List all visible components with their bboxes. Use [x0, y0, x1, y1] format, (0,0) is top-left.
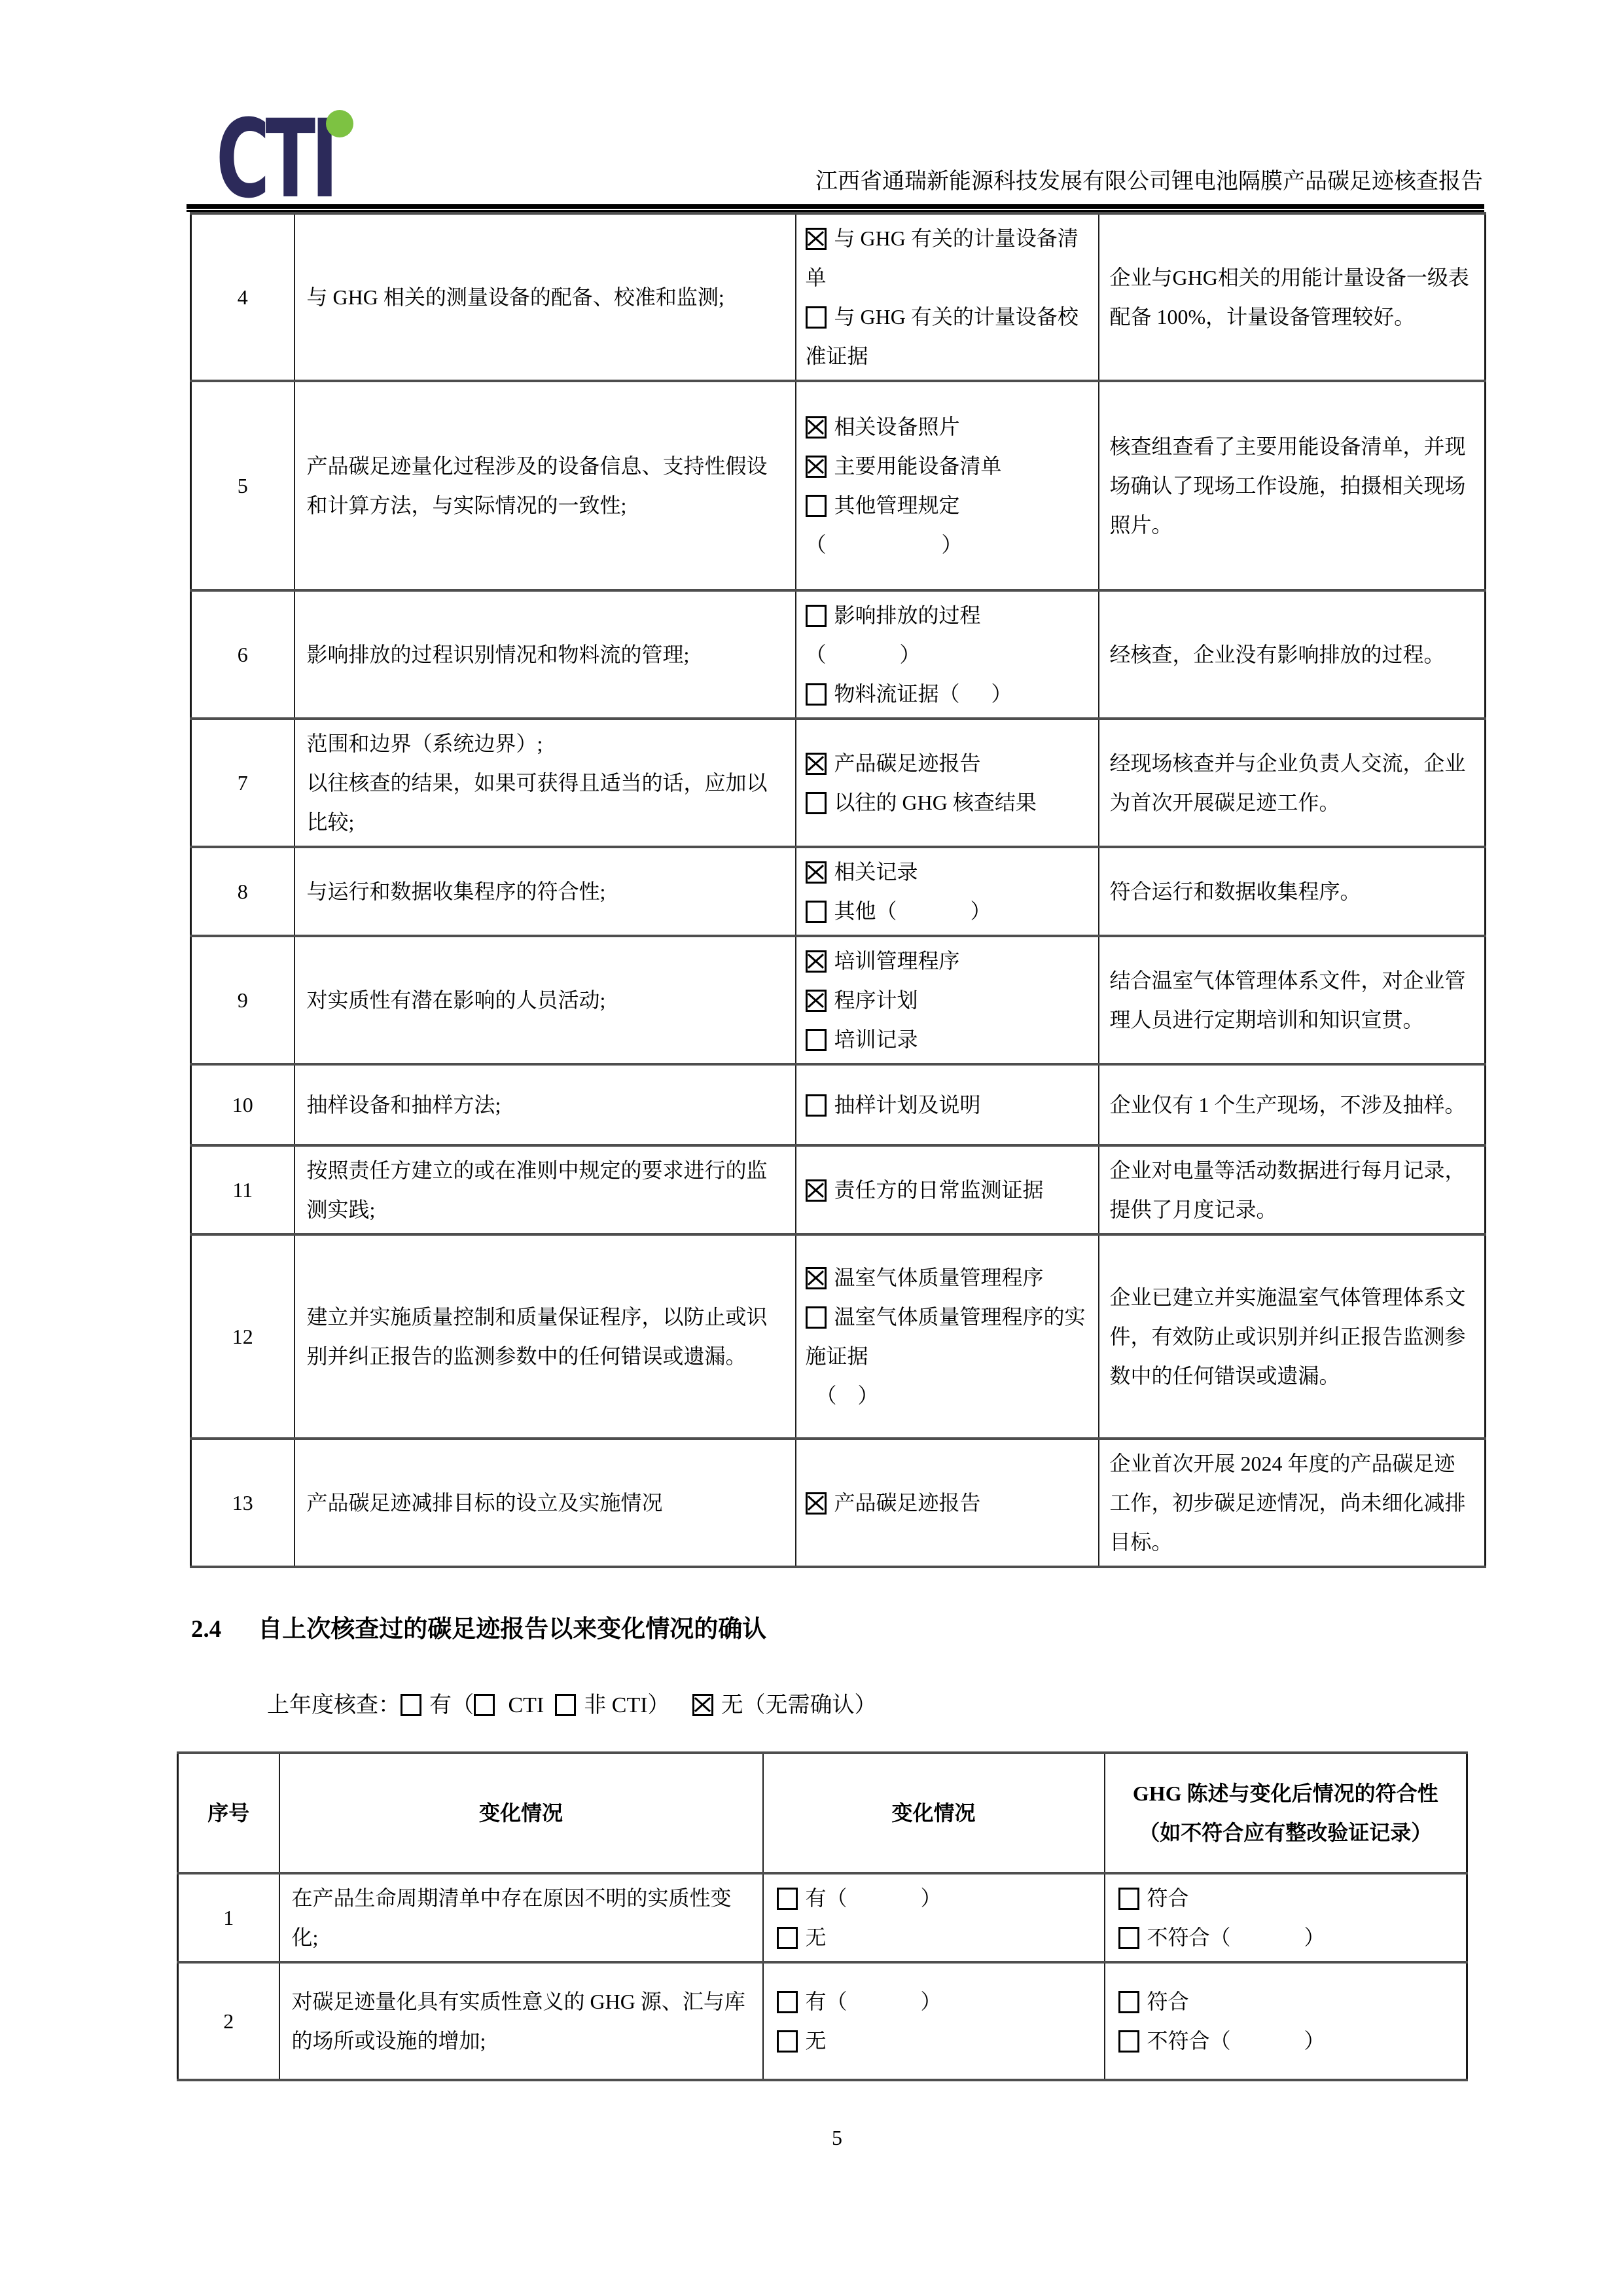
- evidence-item: 程序计划: [806, 980, 1092, 1020]
- evidence-item: 温室气体质量管理程序的实施证据 （ ）: [806, 1297, 1092, 1415]
- evidence-cell: 相关设备照片主要用能设备清单其他管理规定 （ ）: [796, 381, 1099, 590]
- check-item-text: 与 GHG 相关的测量设备的配备、校准和监测;: [294, 213, 796, 381]
- evidence-label: 温室气体质量管理程序的实施证据 （ ）: [806, 1305, 1086, 1407]
- changes-row: 2对碳足迹量化具有实质性意义的 GHG 源、汇与库的场所或设施的增加;有（ ）无…: [178, 1962, 1467, 2080]
- finding-text: 企业已建立并实施温室气体管理体系文件，有效防止或识别并纠正报告监测参数中的任何错…: [1099, 1234, 1486, 1439]
- section-heading: 2.4自上次核查过的碳足迹报告以来变化情况的确认: [191, 1609, 766, 1644]
- checkbox-unchecked-icon: [806, 1029, 827, 1051]
- evidence-item: 培训管理程序: [806, 941, 1092, 980]
- status-cell: 有（ ）无: [763, 1873, 1105, 1962]
- finding-text: 经现场核查并与企业负责人交流，企业为首次开展碳足迹工作。: [1099, 719, 1486, 847]
- evidence-item: 影响排放的过程 （ ）: [806, 596, 1092, 674]
- evidence-item: 相关设备照片: [806, 407, 1092, 446]
- checkbox-unchecked-icon: [806, 605, 827, 627]
- evidence-item: 有（ ）: [777, 1878, 1097, 1918]
- evidence-label: 不符合（ ）: [1147, 1926, 1325, 1949]
- evidence-item: 不符合（ ）: [1118, 1918, 1460, 1957]
- row-number: 9: [191, 936, 294, 1064]
- row-number: 10: [191, 1064, 294, 1145]
- prior-review-line: 上年度核查：有（ CTI 非 CTI） 无（无需确认）: [267, 1686, 877, 1725]
- changes-table: 序号变化情况变化情况GHG 陈述与变化后情况的符合性（如不符合应有整改验证记录）…: [177, 1751, 1468, 2081]
- row-number: 7: [191, 719, 294, 847]
- finding-text: 经核查，企业没有影响排放的过程。: [1099, 590, 1486, 719]
- evidence-label: 产品碳足迹报告: [834, 751, 981, 775]
- checkbox-unchecked-icon: [555, 1694, 576, 1716]
- prior-review-text: CTI: [503, 1693, 555, 1717]
- evidence-item: 其他（ ）: [806, 891, 1092, 931]
- evidence-label: 无: [806, 1926, 827, 1949]
- check-item-text: 影响排放的过程识别情况和物料流的管理;: [294, 590, 796, 719]
- check-item-text: 产品碳足迹减排目标的设立及实施情况: [294, 1439, 796, 1567]
- cti-logo: CTI: [216, 110, 366, 208]
- check-item-text: 与运行和数据收集程序的符合性;: [294, 847, 796, 936]
- evidence-label: 温室气体质量管理程序: [834, 1266, 1044, 1289]
- checkbox-checked-icon: [692, 1694, 713, 1716]
- evidence-label: 抽样计划及说明: [834, 1093, 981, 1117]
- evidence-label: 不符合（ ）: [1147, 2029, 1325, 2053]
- checkbox-unchecked-icon: [806, 683, 827, 706]
- evidence-cell: 抽样计划及说明: [796, 1064, 1099, 1145]
- checkbox-unchecked-icon: [777, 1991, 798, 2013]
- evidence-cell: 影响排放的过程 （ ）物料流证据（ ）: [796, 590, 1099, 719]
- evidence-cell: 相关记录其他（ ）: [796, 847, 1099, 936]
- checkbox-checked-icon: [806, 753, 827, 775]
- checklist-row: 6影响排放的过程识别情况和物料流的管理;影响排放的过程 （ ）物料流证据（ ）经…: [191, 590, 1486, 719]
- evidence-label: 以往的 GHG 核查结果: [834, 791, 1037, 814]
- checkbox-unchecked-icon: [1118, 1888, 1139, 1910]
- evidence-cell: 产品碳足迹报告以往的 GHG 核查结果: [796, 719, 1099, 847]
- evidence-label: 有（ ）: [806, 1886, 942, 1910]
- checkbox-unchecked-icon: [1118, 1991, 1139, 2013]
- checkbox-unchecked-icon: [806, 495, 827, 517]
- evidence-item: 无: [777, 1918, 1097, 1957]
- checklist-row: 9对实质性有潜在影响的人员活动;培训管理程序程序计划培训记录结合温室气体管理体系…: [191, 936, 1486, 1064]
- checklist-row: 7范围和边界（系统边界）; 以往核查的结果，如果可获得且适当的话，应加以比较;产…: [191, 719, 1486, 847]
- evidence-label: 物料流证据（ ）: [834, 682, 1012, 706]
- prior-review-text: 非 CTI）: [584, 1693, 692, 1717]
- evidence-label: 与 GHG 有关的计量设备校准证据: [806, 305, 1079, 368]
- finding-text: 核查组查看了主要用能设备清单，并现场确认了现场工作设施，拍摄相关现场照片。: [1099, 381, 1486, 590]
- checkbox-unchecked-icon: [777, 1927, 798, 1949]
- evidence-label: 责任方的日常监测证据: [834, 1178, 1044, 1202]
- evidence-label: 相关记录: [834, 860, 918, 884]
- evidence-item: 符合: [1118, 1982, 1460, 2021]
- evidence-label: 程序计划: [834, 988, 918, 1012]
- checkbox-unchecked-icon: [401, 1694, 421, 1716]
- finding-text: 结合温室气体管理体系文件，对企业管理人员进行定期培训和知识宣贯。: [1099, 936, 1486, 1064]
- finding-text: 企业对电量等活动数据进行每月记录，提供了月度记录。: [1099, 1145, 1486, 1234]
- check-item-text: 建立并实施质量控制和质量保证程序，以防止或识别并纠正报告的监测参数中的任何错误或…: [294, 1234, 796, 1439]
- evidence-item: 温室气体质量管理程序: [806, 1258, 1092, 1297]
- row-number: 5: [191, 381, 294, 590]
- conformity-cell: 符合不符合（ ）: [1105, 1873, 1467, 1962]
- row-number: 11: [191, 1145, 294, 1234]
- evidence-item: 与 GHG 有关的计量设备清单: [806, 219, 1092, 297]
- section-title: 自上次核查过的碳足迹报告以来变化情况的确认: [258, 1616, 766, 1643]
- row-number: 2: [178, 1962, 279, 2080]
- evidence-item: 不符合（ ）: [1118, 2021, 1460, 2060]
- change-text: 对碳足迹量化具有实质性意义的 GHG 源、汇与库的场所或设施的增加;: [279, 1962, 763, 2080]
- evidence-item: 产品碳足迹报告: [806, 744, 1092, 783]
- changes-table-body: 1在产品生命周期清单中存在原因不明的实质性变化;有（ ）无符合不符合（ ）2对碳…: [178, 1873, 1467, 2080]
- prior-review-text: 上年度核查：: [267, 1693, 401, 1717]
- changes-header-cell: GHG 陈述与变化后情况的符合性（如不符合应有整改验证记录）: [1105, 1753, 1467, 1873]
- change-text: 在产品生命周期清单中存在原因不明的实质性变化;: [279, 1873, 763, 1962]
- checkbox-checked-icon: [806, 1267, 827, 1289]
- finding-text: 企业仅有 1 个生产现场，不涉及抽样。: [1099, 1064, 1486, 1145]
- row-number: 4: [191, 213, 294, 381]
- evidence-item: 产品碳足迹报告: [806, 1483, 1092, 1522]
- checkbox-checked-icon: [806, 950, 827, 973]
- checklist-row: 5产品碳足迹量化过程涉及的设备信息、支持性假设和计算方法，与实际情况的一致性;相…: [191, 381, 1486, 590]
- checkbox-checked-icon: [806, 1492, 827, 1515]
- report-page: CTI 江西省通瑞新能源科技发展有限公司锂电池隔膜产品碳足迹核查报告 4与 GH…: [0, 0, 1623, 2296]
- checkbox-unchecked-icon: [806, 901, 827, 923]
- evidence-cell: 温室气体质量管理程序温室气体质量管理程序的实施证据 （ ）: [796, 1234, 1099, 1439]
- check-item-text: 范围和边界（系统边界）; 以往核查的结果，如果可获得且适当的话，应加以比较;: [294, 719, 796, 847]
- checklist-table-body: 4与 GHG 相关的测量设备的配备、校准和监测;与 GHG 有关的计量设备清单与…: [191, 213, 1486, 1567]
- checkbox-unchecked-icon: [1118, 2030, 1139, 2053]
- evidence-cell: 与 GHG 有关的计量设备清单与 GHG 有关的计量设备校准证据: [796, 213, 1099, 381]
- header-rule: [187, 204, 1484, 212]
- prior-review-text: 无（无需确认）: [721, 1693, 877, 1717]
- checkbox-unchecked-icon: [806, 1094, 827, 1117]
- checklist-row: 13产品碳足迹减排目标的设立及实施情况产品碳足迹报告企业首次开展 2024 年度…: [191, 1439, 1486, 1567]
- finding-text: 企业与GHG相关的用能计量设备一级表配备 100%，计量设备管理较好。: [1099, 213, 1486, 381]
- changes-header-row: 序号变化情况变化情况GHG 陈述与变化后情况的符合性（如不符合应有整改验证记录）: [178, 1753, 1467, 1873]
- evidence-item: 主要用能设备清单: [806, 446, 1092, 486]
- cti-logo-text: CTI: [216, 110, 334, 208]
- row-number: 12: [191, 1234, 294, 1439]
- evidence-label: 符合: [1147, 1990, 1189, 2013]
- checkbox-unchecked-icon: [806, 792, 827, 814]
- evidence-label: 产品碳足迹报告: [834, 1491, 981, 1515]
- checkbox-unchecked-icon: [777, 1888, 798, 1910]
- check-item-text: 产品碳足迹量化过程涉及的设备信息、支持性假设和计算方法，与实际情况的一致性;: [294, 381, 796, 590]
- evidence-label: 影响排放的过程 （ ）: [806, 603, 981, 666]
- evidence-cell: 培训管理程序程序计划培训记录: [796, 936, 1099, 1064]
- checkbox-checked-icon: [806, 416, 827, 439]
- evidence-label: 相关设备照片: [834, 415, 960, 439]
- evidence-label: 符合: [1147, 1886, 1189, 1910]
- evidence-label: 培训管理程序: [834, 949, 960, 973]
- checkbox-checked-icon: [806, 990, 827, 1012]
- evidence-item: 与 GHG 有关的计量设备校准证据: [806, 297, 1092, 376]
- checkbox-unchecked-icon: [777, 2030, 798, 2053]
- evidence-label: 与 GHG 有关的计量设备清单: [806, 226, 1079, 289]
- evidence-item: 其他管理规定 （ ）: [806, 486, 1092, 564]
- checklist-row: 10抽样设备和抽样方法;抽样计划及说明企业仅有 1 个生产现场，不涉及抽样。: [191, 1064, 1486, 1145]
- evidence-item: 抽样计划及说明: [806, 1085, 1092, 1124]
- finding-text: 企业首次开展 2024 年度的产品碳足迹工作，初步碳足迹情况，尚未细化减排目标。: [1099, 1439, 1486, 1567]
- evidence-item: 以往的 GHG 核查结果: [806, 783, 1092, 822]
- section-number: 2.4: [191, 1616, 221, 1643]
- check-item-text: 抽样设备和抽样方法;: [294, 1064, 796, 1145]
- checkbox-checked-icon: [806, 456, 827, 478]
- evidence-item: 物料流证据（ ）: [806, 674, 1092, 713]
- changes-row: 1在产品生命周期清单中存在原因不明的实质性变化;有（ ）无符合不符合（ ）: [178, 1873, 1467, 1962]
- row-number: 1: [178, 1873, 279, 1962]
- evidence-item: 责任方的日常监测证据: [806, 1170, 1092, 1210]
- changes-table-head: 序号变化情况变化情况GHG 陈述与变化后情况的符合性（如不符合应有整改验证记录）: [178, 1753, 1467, 1873]
- evidence-label: 无: [806, 2029, 827, 2053]
- changes-header-cell: 变化情况: [279, 1753, 763, 1873]
- evidence-item: 培训记录: [806, 1020, 1092, 1059]
- checkbox-unchecked-icon: [474, 1694, 495, 1716]
- evidence-item: 相关记录: [806, 852, 1092, 891]
- check-item-text: 按照责任方建立的或在准则中规定的要求进行的监测实践;: [294, 1145, 796, 1234]
- changes-header-cell: 序号: [178, 1753, 279, 1873]
- checkbox-checked-icon: [806, 1179, 827, 1202]
- report-header-title: 江西省通瑞新能源科技发展有限公司锂电池隔膜产品碳足迹核查报告: [815, 166, 1483, 198]
- evidence-label: 培训记录: [834, 1028, 918, 1051]
- checkbox-checked-icon: [806, 861, 827, 884]
- check-item-text: 对实质性有潜在影响的人员活动;: [294, 936, 796, 1064]
- verification-checklist-table: 4与 GHG 相关的测量设备的配备、校准和监测;与 GHG 有关的计量设备清单与…: [190, 212, 1486, 1568]
- checklist-row: 4与 GHG 相关的测量设备的配备、校准和监测;与 GHG 有关的计量设备清单与…: [191, 213, 1486, 381]
- finding-text: 符合运行和数据收集程序。: [1099, 847, 1486, 936]
- evidence-cell: 产品碳足迹报告: [796, 1439, 1099, 1567]
- row-number: 8: [191, 847, 294, 936]
- row-number: 6: [191, 590, 294, 719]
- evidence-cell: 责任方的日常监测证据: [796, 1145, 1099, 1234]
- evidence-label: 有（ ）: [806, 1990, 942, 2013]
- evidence-label: 其他（ ）: [834, 899, 991, 923]
- checklist-row: 8与运行和数据收集程序的符合性;相关记录其他（ ）符合运行和数据收集程序。: [191, 847, 1486, 936]
- checklist-row: 11按照责任方建立的或在准则中规定的要求进行的监测实践;责任方的日常监测证据企业…: [191, 1145, 1486, 1234]
- evidence-label: 主要用能设备清单: [834, 454, 1002, 478]
- checkbox-unchecked-icon: [806, 306, 827, 329]
- evidence-item: 有（ ）: [777, 1982, 1097, 2021]
- changes-header-cell: 变化情况: [763, 1753, 1105, 1873]
- checkbox-unchecked-icon: [1118, 1927, 1139, 1949]
- status-cell: 有（ ）无: [763, 1962, 1105, 2080]
- checklist-row: 12建立并实施质量控制和质量保证程序，以防止或识别并纠正报告的监测参数中的任何错…: [191, 1234, 1486, 1439]
- evidence-item: 符合: [1118, 1878, 1460, 1918]
- checkbox-unchecked-icon: [806, 1306, 827, 1329]
- prior-review-text: 有（: [429, 1693, 474, 1717]
- logo-dot-icon: [326, 110, 353, 137]
- checkbox-checked-icon: [806, 228, 827, 250]
- evidence-item: 无: [777, 2021, 1097, 2060]
- evidence-label: 其他管理规定 （ ）: [806, 493, 963, 556]
- conformity-cell: 符合不符合（ ）: [1105, 1962, 1467, 2080]
- page-number: 5: [190, 2126, 1484, 2150]
- row-number: 13: [191, 1439, 294, 1567]
